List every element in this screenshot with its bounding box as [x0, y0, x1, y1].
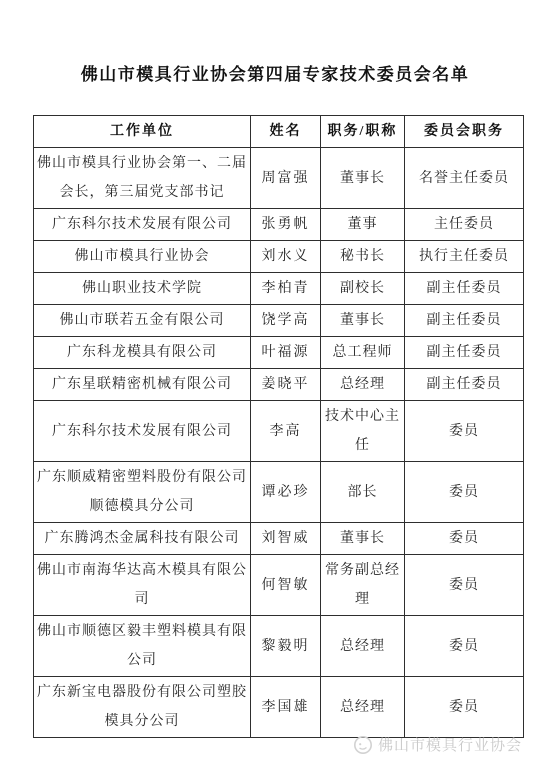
name-cell: 刘智威 [251, 523, 321, 555]
position-cell: 技术中心主任 [321, 401, 405, 462]
table-row: 佛山职业技术学院 李柏青 副校长 副主任委员 [34, 273, 524, 305]
table-row: 广东腾鸿杰金属科技有限公司 刘智威 董事长 委员 [34, 523, 524, 555]
position-cell: 董事长 [321, 148, 405, 209]
watermark: 佛山市模具行业协会 [353, 734, 522, 755]
committee-role-cell: 委员 [405, 555, 524, 616]
committee-role-cell: 主任委员 [405, 209, 524, 241]
unit-cell: 广东顺威精密塑料股份有限公司顺德模具分公司 [34, 462, 251, 523]
position-cell: 秘书长 [321, 241, 405, 273]
unit-cell: 广东科尔技术发展有限公司 [34, 209, 251, 241]
committee-role-cell: 委员 [405, 401, 524, 462]
committee-role-cell: 委员 [405, 677, 524, 738]
name-cell: 李柏青 [251, 273, 321, 305]
unit-cell: 广东新宝电器股份有限公司塑胶模具分公司 [34, 677, 251, 738]
header-committee-role: 委员会职务 [405, 116, 524, 148]
position-cell: 常务副总经理 [321, 555, 405, 616]
unit-cell: 佛山市模具行业协会第一、二届会长，第三届党支部书记 [34, 148, 251, 209]
name-cell: 李国雄 [251, 677, 321, 738]
header-work-unit: 工作单位 [34, 116, 251, 148]
name-cell: 黎毅明 [251, 616, 321, 677]
unit-cell: 广东星联精密机械有限公司 [34, 369, 251, 401]
table-row: 佛山市顺德区毅丰塑料模具有限公司 黎毅明 总经理 委员 [34, 616, 524, 677]
name-cell: 饶学高 [251, 305, 321, 337]
association-logo-icon [353, 735, 373, 755]
unit-cell: 广东腾鸿杰金属科技有限公司 [34, 523, 251, 555]
name-cell: 叶福源 [251, 337, 321, 369]
unit-cell: 广东科尔技术发展有限公司 [34, 401, 251, 462]
table-row: 广东星联精密机械有限公司 姜晓平 总经理 副主任委员 [34, 369, 524, 401]
table-row: 佛山市模具行业协会 刘水义 秘书长 执行主任委员 [34, 241, 524, 273]
unit-cell: 佛山市模具行业协会 [34, 241, 251, 273]
position-cell: 总经理 [321, 369, 405, 401]
table-row: 佛山市模具行业协会第一、二届会长，第三届党支部书记 周富强 董事长 名誉主任委员 [34, 148, 524, 209]
name-cell: 何智敏 [251, 555, 321, 616]
table-row: 佛山市联若五金有限公司 饶学高 董事长 副主任委员 [34, 305, 524, 337]
committee-role-cell: 执行主任委员 [405, 241, 524, 273]
table-row: 广东顺威精密塑料股份有限公司顺德模具分公司 谭必珍 部长 委员 [34, 462, 524, 523]
table-row: 广东新宝电器股份有限公司塑胶模具分公司 李国雄 总经理 委员 [34, 677, 524, 738]
unit-cell: 广东科龙模具有限公司 [34, 337, 251, 369]
name-cell: 刘水义 [251, 241, 321, 273]
committee-role-cell: 委员 [405, 462, 524, 523]
unit-cell: 佛山职业技术学院 [34, 273, 251, 305]
position-cell: 总经理 [321, 616, 405, 677]
unit-cell: 佛山市联若五金有限公司 [34, 305, 251, 337]
position-cell: 总工程师 [321, 337, 405, 369]
committee-role-cell: 副主任委员 [405, 273, 524, 305]
unit-cell: 佛山市南海华达高木模具有限公司 [34, 555, 251, 616]
name-cell: 李高 [251, 401, 321, 462]
header-position: 职务/职称 [321, 116, 405, 148]
table-row: 广东科尔技术发展有限公司 李高 技术中心主任 委员 [34, 401, 524, 462]
page-title: 佛山市模具行业协会第四届专家技术委员会名单 [0, 60, 550, 85]
committee-role-cell: 副主任委员 [405, 305, 524, 337]
header-name: 姓名 [251, 116, 321, 148]
name-cell: 姜晓平 [251, 369, 321, 401]
committee-role-cell: 名誉主任委员 [405, 148, 524, 209]
position-cell: 董事长 [321, 305, 405, 337]
watermark-label: 佛山市模具行业协会 [378, 734, 522, 755]
position-cell: 总经理 [321, 677, 405, 738]
name-cell: 谭必珍 [251, 462, 321, 523]
committee-role-cell: 委员 [405, 523, 524, 555]
document-page: 佛山市模具行业协会第四届专家技术委员会名单 工作单位 姓名 职务/职称 委员会职… [0, 0, 550, 768]
position-cell: 董事长 [321, 523, 405, 555]
name-cell: 周富强 [251, 148, 321, 209]
table-header-row: 工作单位 姓名 职务/职称 委员会职务 [34, 116, 524, 148]
position-cell: 部长 [321, 462, 405, 523]
position-cell: 董事 [321, 209, 405, 241]
table-row: 广东科龙模具有限公司 叶福源 总工程师 副主任委员 [34, 337, 524, 369]
table-row: 广东科尔技术发展有限公司 张勇帆 董事 主任委员 [34, 209, 524, 241]
position-cell: 副校长 [321, 273, 405, 305]
table-row: 佛山市南海华达高木模具有限公司 何智敏 常务副总经理 委员 [34, 555, 524, 616]
committee-role-cell: 委员 [405, 616, 524, 677]
committee-role-cell: 副主任委员 [405, 337, 524, 369]
committee-role-cell: 副主任委员 [405, 369, 524, 401]
name-cell: 张勇帆 [251, 209, 321, 241]
unit-cell: 佛山市顺德区毅丰塑料模具有限公司 [34, 616, 251, 677]
committee-roster-table: 工作单位 姓名 职务/职称 委员会职务 佛山市模具行业协会第一、二届会长，第三届… [33, 115, 524, 738]
